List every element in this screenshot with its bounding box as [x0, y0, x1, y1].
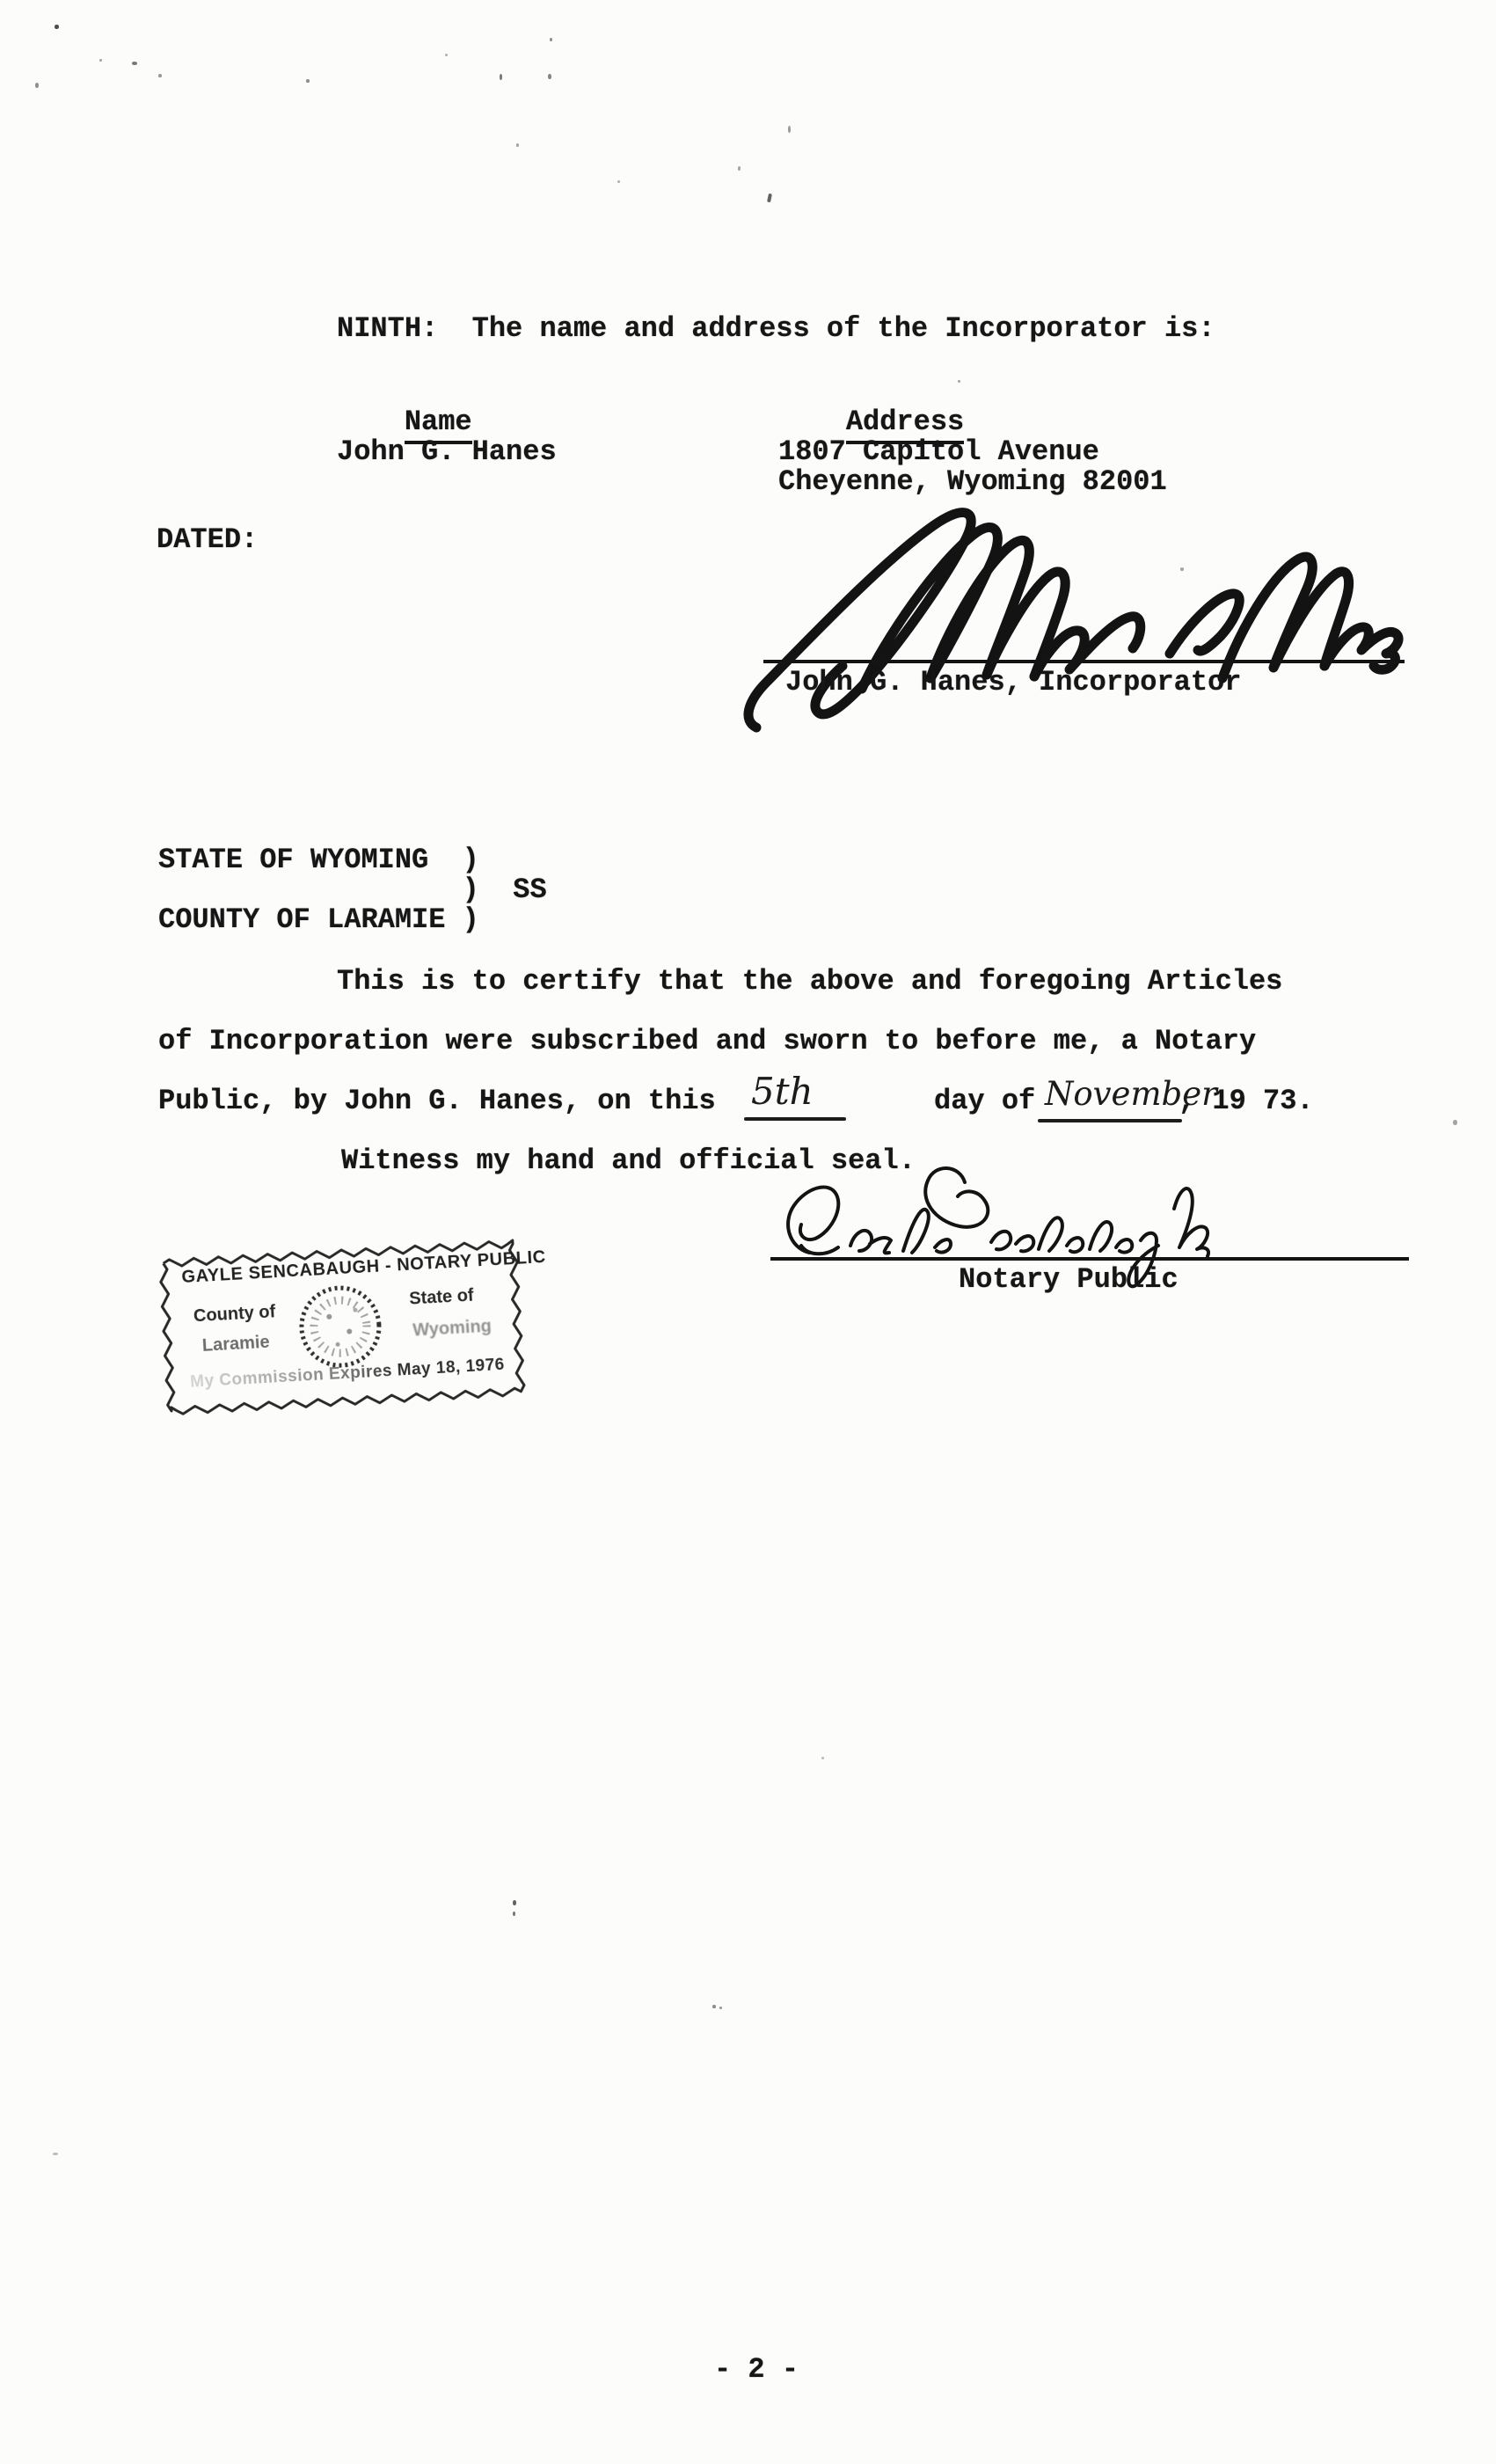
incorporator-signature-caption: John G. Hanes, Incorporator [785, 667, 1241, 698]
stamp-state-label: State of [409, 1286, 475, 1310]
dated-label: DATED: [157, 524, 258, 556]
ink-speck [500, 74, 502, 80]
signature-stroke [1174, 1188, 1208, 1256]
ink-speck [712, 2005, 716, 2008]
ink-speck [788, 126, 791, 133]
ink-speck [306, 79, 310, 83]
signature-stroke [788, 1187, 838, 1254]
scanned-document-page: NINTH: The name and address of the Incor… [0, 0, 1496, 2464]
ink-speck [1453, 1120, 1457, 1125]
ink-speck [35, 83, 39, 88]
ink-speck [99, 59, 102, 62]
ink-speck [132, 62, 137, 65]
certification-line3-prefix: Public, by John G. Hanes, on this [158, 1086, 716, 1117]
handwritten-day-underline [744, 1117, 846, 1121]
venue-ss-line: ) SS [158, 874, 547, 906]
handwritten-day: 5th [751, 1070, 814, 1113]
venue-state-line: STATE OF WYOMING ) [158, 844, 479, 876]
ink-speck [513, 1912, 515, 1916]
notary-signature-line [770, 1257, 1409, 1261]
ink-speck [719, 2007, 722, 2009]
ink-speck [548, 74, 551, 79]
page-number: - 2 - [714, 2354, 799, 2386]
ink-speck [821, 1757, 824, 1759]
certification-line2: of Incorporation were subscribed and swo… [158, 1026, 1256, 1057]
signature-stroke [991, 1217, 1132, 1252]
signature-stroke [925, 1168, 988, 1227]
stamp-seal [300, 1286, 382, 1368]
stamp-county-value: Laramie [201, 1333, 270, 1356]
venue-county-line: COUNTY OF LARAMIE ) [158, 904, 479, 936]
certification-line3-mid: day of [934, 1086, 1035, 1117]
article-ninth-heading: NINTH: The name and address of the Incor… [337, 313, 1215, 345]
signature-stroke [1170, 594, 1239, 654]
ink-speck [53, 2153, 58, 2155]
incorporator-address-line1: 1807 Capitol Avenue [778, 436, 1099, 468]
incorporator-signature-line [763, 660, 1405, 663]
ink-speck [158, 74, 162, 77]
incorporator-name-value: John G. Hanes [337, 436, 557, 468]
handwritten-month-underline [1038, 1119, 1182, 1122]
notary-stamp: GAYLE SENCABAUGH - NOTARY PUBLIC County … [157, 1238, 528, 1418]
ink-speck [617, 180, 620, 183]
certification-line3-suffix: , 19 73. [1179, 1086, 1314, 1117]
ink-speck [445, 54, 448, 56]
certification-line1: This is to certify that the above and fo… [337, 966, 1282, 998]
incorporator-signature [730, 506, 1425, 761]
notary-caption: Notary Public [959, 1264, 1179, 1296]
incorporator-address-line2: Cheyenne, Wyoming 82001 [778, 466, 1167, 498]
ink-speck [550, 38, 552, 41]
ink-speck [738, 166, 741, 171]
ink-speck [516, 143, 519, 147]
ink-speck [513, 1900, 516, 1905]
ink-speck [55, 25, 59, 29]
ink-speck [767, 194, 772, 203]
